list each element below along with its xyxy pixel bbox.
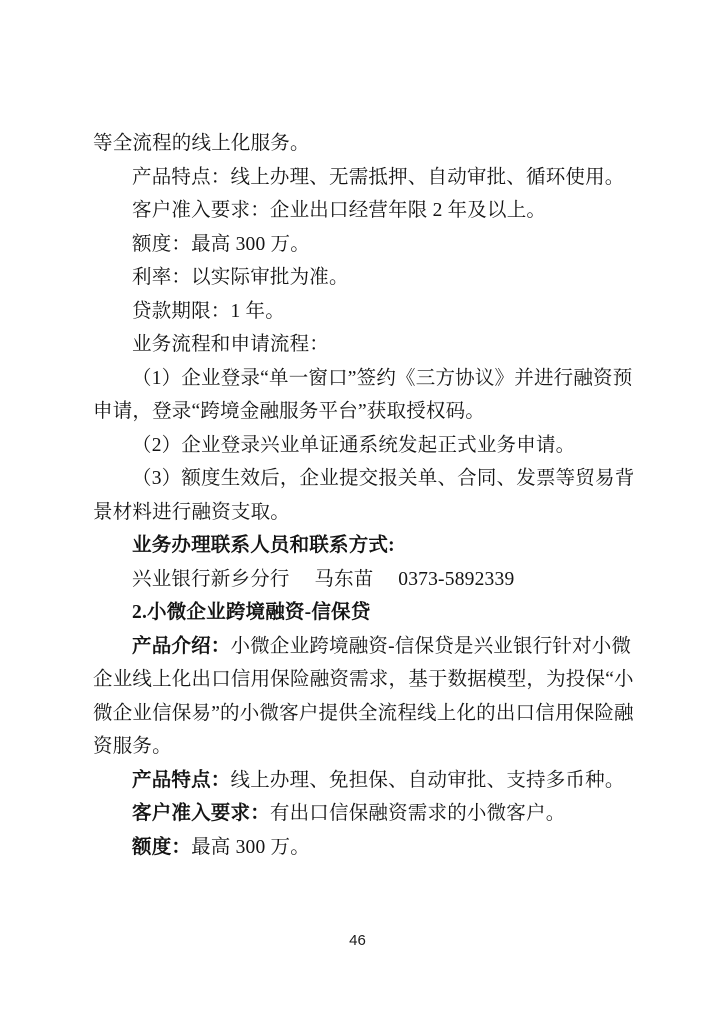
line-bold-label: 产品介绍：: [132, 636, 231, 657]
text-line: 企业线上化出口信用保险融资需求，基于数据模型，为投保“小: [93, 663, 623, 697]
line-text: 资服务。: [93, 736, 172, 757]
text-line: 等全流程的线上化服务。: [93, 127, 623, 161]
text-line: 业务流程和申请流程：: [93, 328, 623, 362]
line-text: （1）企业登录“单一窗口”签约《三方协议》并进行融资预: [132, 368, 632, 389]
line-text: （3）额度生效后，企业提交报关单、合同、发票等贸易背: [132, 468, 634, 489]
line-bold-label: 业务办理联系人员和联系方式:: [132, 535, 395, 556]
text-line: 景材料进行融资支取。: [93, 496, 623, 530]
text-line: 贷款期限：1 年。: [93, 295, 623, 329]
line-text: 景材料进行融资支取。: [93, 502, 290, 523]
text-line: （3）额度生效后，企业提交报关单、合同、发票等贸易背: [93, 462, 623, 496]
line-text: 额度：最高 300 万。: [132, 234, 310, 255]
line-text: 申请，登录“跨境金融服务平台”获取授权码。: [93, 401, 485, 422]
section-heading-line: 2.小微企业跨境融资-信保贷: [93, 596, 623, 630]
text-line: 产品特点：线上办理、免担保、自动审批、支持多币种。: [93, 764, 623, 798]
contact-heading-line: 业务办理联系人员和联系方式:: [93, 529, 623, 563]
text-line: 微企业信保易”的小微客户提供全流程线上化的出口信用保险融: [93, 697, 623, 731]
line-bold-label: 2.小微企业跨境融资-信保贷: [132, 602, 370, 623]
document-page: 等全流程的线上化服务。 产品特点：线上办理、无需抵押、自动审批、循环使用。 客户…: [0, 0, 715, 1011]
page-number: 46: [0, 932, 715, 949]
line-bold-label: 额度：: [132, 837, 191, 858]
text-line: （1）企业登录“单一窗口”签约《三方协议》并进行融资预: [93, 362, 623, 396]
line-text: 业务流程和申请流程：: [132, 334, 329, 355]
text-line: （2）企业登录兴业单证通系统发起正式业务申请。: [93, 429, 623, 463]
line-text: 企业线上化出口信用保险融资需求，基于数据模型，为投保“小: [93, 669, 634, 690]
text-line: 申请，登录“跨境金融服务平台”获取授权码。: [93, 395, 623, 429]
text-line: 产品介绍：小微企业跨境融资-信保贷是兴业银行针对小微: [93, 630, 623, 664]
line-text: 等全流程的线上化服务。: [93, 133, 310, 154]
text-line: 客户准入要求：有出口信保融资需求的小微客户。: [93, 797, 623, 831]
line-text: 小微企业跨境融资-信保贷是兴业银行针对小微: [231, 636, 632, 657]
line-text: 利率：以实际审批为准。: [132, 267, 349, 288]
line-text: 最高 300 万。: [191, 837, 310, 858]
line-text: 贷款期限：1 年。: [132, 301, 285, 322]
line-text: 微企业信保易”的小微客户提供全流程线上化的出口信用保险融: [93, 703, 634, 724]
line-text: 产品特点：线上办理、无需抵押、自动审批、循环使用。: [132, 167, 625, 188]
contact-info-line: 兴业银行新乡分行 马东苗 0373-5892339: [93, 563, 623, 597]
text-line: 利率：以实际审批为准。: [93, 261, 623, 295]
line-text: （2）企业登录兴业单证通系统发起正式业务申请。: [132, 435, 575, 456]
line-text: 有出口信保融资需求的小微客户。: [270, 803, 566, 824]
line-text: 客户准入要求：企业出口经营年限 2 年及以上。: [132, 200, 546, 221]
line-bold-label: 产品特点：: [132, 770, 231, 791]
text-line: 额度：最高 300 万。: [93, 831, 623, 865]
line-text: 线上办理、免担保、自动审批、支持多币种。: [231, 770, 625, 791]
text-line: 额度：最高 300 万。: [93, 228, 623, 262]
line-bold-label: 客户准入要求：: [132, 803, 270, 824]
line-text: 兴业银行新乡分行 马东苗 0373-5892339: [132, 569, 514, 590]
text-line: 客户准入要求：企业出口经营年限 2 年及以上。: [93, 194, 623, 228]
document-body: 等全流程的线上化服务。 产品特点：线上办理、无需抵押、自动审批、循环使用。 客户…: [93, 127, 623, 864]
text-line: 资服务。: [93, 730, 623, 764]
text-line: 产品特点：线上办理、无需抵押、自动审批、循环使用。: [93, 161, 623, 195]
